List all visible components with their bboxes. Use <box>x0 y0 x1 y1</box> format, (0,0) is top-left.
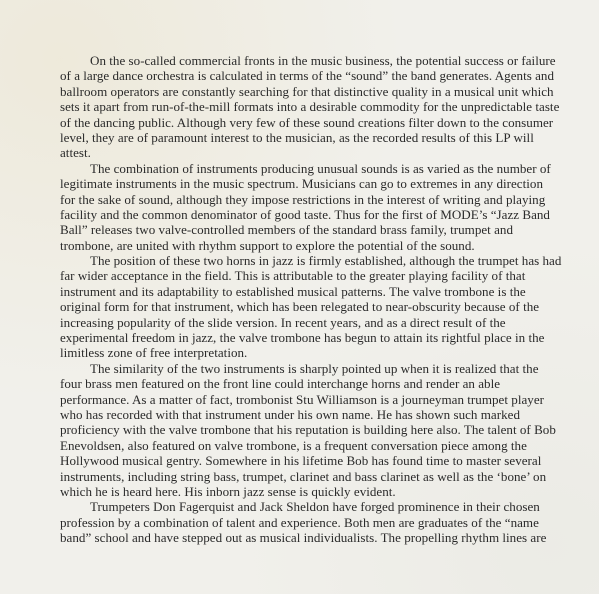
paragraph: The position of these two horns in jazz … <box>60 253 540 361</box>
text-line: Ball” releases two valve-controlled memb… <box>60 222 540 237</box>
text-line: ballroom operators are constantly search… <box>60 84 540 99</box>
paragraph-first-line: The position of these two horns in jazz … <box>60 253 540 268</box>
text-line: far wider acceptance in the field. This … <box>60 268 540 283</box>
paragraph-first-line: The similarity of the two instruments is… <box>60 361 540 376</box>
text-line: band” school and have stepped out as mus… <box>60 530 540 545</box>
text-line: Enevoldsen, also featured on valve tromb… <box>60 438 540 453</box>
text-line: attest. <box>60 145 540 160</box>
text-line: who has recorded with that instrument un… <box>60 407 540 422</box>
text-line: which he is heard here. His inborn jazz … <box>60 484 540 499</box>
liner-notes-body: On the so-called commercial fronts in th… <box>60 53 540 546</box>
text-line: level, they are of paramount interest to… <box>60 130 540 145</box>
paragraph: On the so-called commercial fronts in th… <box>60 53 540 161</box>
text-line: trombone, are united with rhythm support… <box>60 238 540 253</box>
text-line: four brass men featured on the front lin… <box>60 376 540 391</box>
text-line: of the dancing public. Although very few… <box>60 115 540 130</box>
paragraph-first-line: Trumpeters Don Fagerquist and Jack Sheld… <box>60 499 540 514</box>
paragraph-first-line: The combination of instruments producing… <box>60 161 540 176</box>
text-line: sets it apart from run-of-the-mill forma… <box>60 99 540 114</box>
text-line: increasing popularity of the slide versi… <box>60 315 540 330</box>
text-line: experimental freedom in jazz, the valve … <box>60 330 540 345</box>
text-line: instruments, including string bass, trum… <box>60 469 540 484</box>
text-line: performance. As a matter of fact, trombo… <box>60 392 540 407</box>
text-line: legitimate instruments in the music spec… <box>60 176 540 191</box>
scanned-page: On the so-called commercial fronts in th… <box>0 0 599 594</box>
text-line: Hollywood musical gentry. Somewhere in h… <box>60 453 540 468</box>
paragraph: The combination of instruments producing… <box>60 161 540 253</box>
paragraph: The similarity of the two instruments is… <box>60 361 540 500</box>
text-line: facility and the common denominator of g… <box>60 207 540 222</box>
text-line: original form for that instrument, which… <box>60 299 540 314</box>
text-line: profession by a combination of talent an… <box>60 515 540 530</box>
text-line: instrument and its adaptability to estab… <box>60 284 540 299</box>
paragraph-first-line: On the so-called commercial fronts in th… <box>60 53 540 68</box>
text-line: for the sake of sound, although they imp… <box>60 192 540 207</box>
text-line: proficiency with the valve trombone that… <box>60 422 540 437</box>
text-line: of a large dance orchestra is calculated… <box>60 68 540 83</box>
text-line: limitless zone of free interpretation. <box>60 345 540 360</box>
paragraph: Trumpeters Don Fagerquist and Jack Sheld… <box>60 499 540 545</box>
